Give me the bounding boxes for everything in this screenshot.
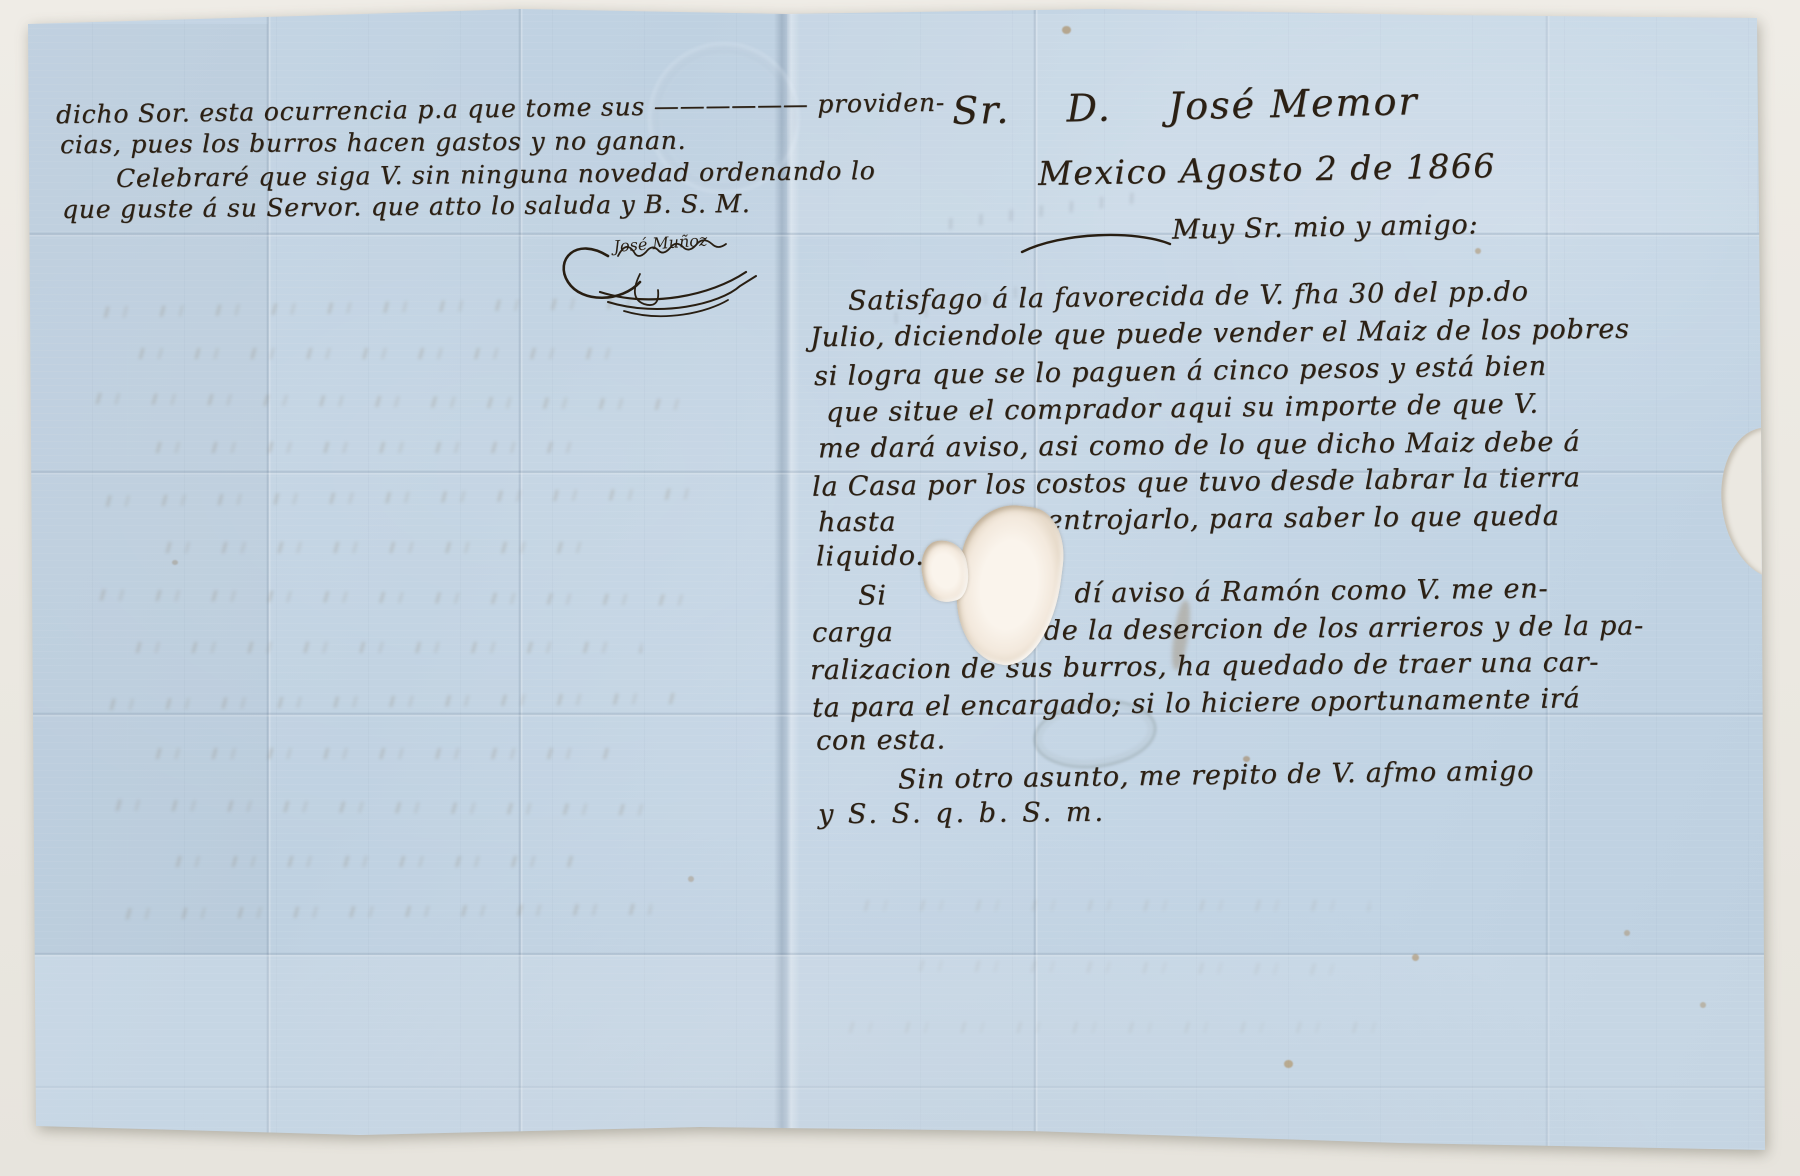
closing-line: y S. S. q. b. S. m. <box>818 797 1106 831</box>
body-line: me dará aviso, asi como de lo que dicho … <box>818 427 1581 465</box>
scanned-letter: dicho Sor. esta ocurrencia p.a que tome … <box>0 0 1800 1176</box>
signature-name: José Muñoz <box>610 230 709 256</box>
foxing-spot <box>1062 26 1071 34</box>
dateline: Mexico Agosto 2 de 1866 <box>1038 146 1496 193</box>
body-line: hasta entrojarlo, para saber lo que qued… <box>818 501 1560 538</box>
fold-crease-horizontal <box>0 952 1800 957</box>
recipient-line: Sr. D. José Memor <box>952 79 1419 133</box>
body-line: que situe el comprador aqui su importe d… <box>826 389 1539 429</box>
salutation-flourish <box>1018 222 1178 258</box>
fold-crease-horizontal <box>0 1085 1800 1090</box>
body-line: la Casa por los costos que tuvo desde la… <box>812 462 1581 502</box>
torn-edge-notch <box>1709 421 1800 586</box>
body-line: liquido. <box>816 541 925 573</box>
salutation: Muy Sr. mio y amigo: <box>1172 209 1479 245</box>
signature-flourish: José Muñoz <box>548 208 778 326</box>
closing-line: Sin otro asunto, me repito de V. afmo am… <box>898 756 1535 796</box>
letter-sheet: dicho Sor. esta ocurrencia p.a que tome … <box>0 0 1800 1176</box>
body-line: con esta. <box>816 724 946 756</box>
left-page-line: Celebraré que siga V. sin ninguna noveda… <box>116 156 876 193</box>
body-line: si logra que se lo paguen á cinco pesos … <box>814 351 1547 392</box>
paper-shadow: dicho Sor. esta ocurrencia p.a que tome … <box>0 0 1800 1176</box>
body-line: ta para el encargado; si lo hiciere opor… <box>812 683 1581 723</box>
left-page-line: cias, pues los burros hacen gastos y no … <box>60 126 687 159</box>
body-line: carga de la desercion de los arrieros y … <box>812 610 1644 648</box>
left-page-line: dicho Sor. esta ocurrencia p.a que tome … <box>56 88 945 129</box>
body-line: Julio, diciendole que puede vender el Ma… <box>810 314 1630 354</box>
body-line: ralizacion de sus burros, ha quedado de … <box>810 647 1599 686</box>
body-line: Satisfago á la favorecida de V. fha 30 d… <box>848 276 1529 317</box>
fold-crease-horizontal <box>0 232 1800 237</box>
